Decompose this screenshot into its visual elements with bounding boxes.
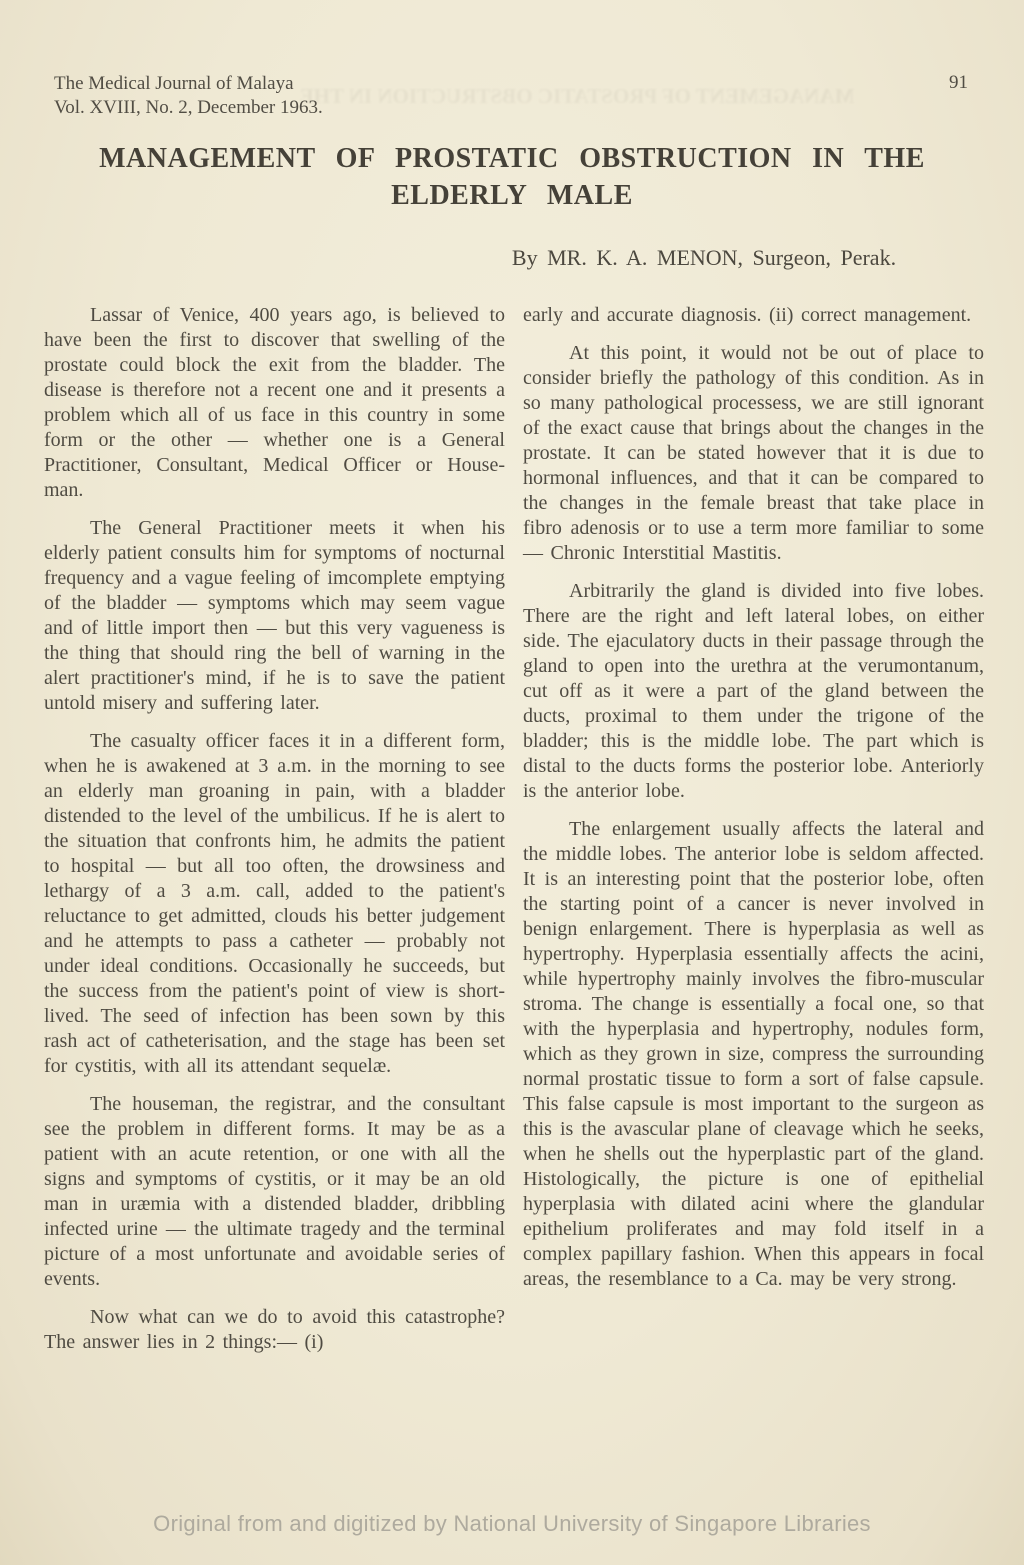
paragraph: Lassar of Venice, 400 years ago, is beli… <box>44 303 505 503</box>
article-title-line1: MANAGEMENT OF PROSTATIC OBSTRUCTION IN T… <box>99 143 925 174</box>
paragraph: Now what can we do to avoid this catastr… <box>44 1305 505 1355</box>
scanned-journal-page: MANAGEMENT OF PROSTATIC OBSTRUCTION IN T… <box>0 0 1024 1565</box>
article-title-line2: ELDERLY MALE <box>391 180 633 211</box>
article-title: MANAGEMENT OF PROSTATIC OBSTRUCTION IN T… <box>0 140 1024 216</box>
paragraph: The casualty officer faces it in a diffe… <box>44 729 505 1079</box>
journal-info: The Medical Journal of Malaya Vol. XVIII… <box>54 72 323 120</box>
paragraph: At this point, it would not be out of pl… <box>523 341 984 566</box>
left-column: Lassar of Venice, 400 years ago, is beli… <box>44 303 505 1368</box>
footer-attribution: Original from and digitized by National … <box>0 1511 1024 1537</box>
journal-name: The Medical Journal of Malaya <box>54 72 323 96</box>
paragraph: early and accurate diagnosis. (ii) corre… <box>523 303 984 328</box>
paragraph: The General Practitioner meets it when h… <box>44 516 505 716</box>
journal-volume: Vol. XVIII, No. 2, December 1963. <box>54 96 323 120</box>
paragraph: The houseman, the registrar, and the con… <box>44 1092 505 1292</box>
article-byline: By MR. K. A. MENON, Surgeon, Perak. <box>192 245 1024 271</box>
journal-header: The Medical Journal of Malaya Vol. XVIII… <box>0 0 1024 120</box>
paragraph: Arbitrarily the gland is divided into fi… <box>523 579 984 804</box>
page-number: 91 <box>949 72 974 94</box>
article-columns: Lassar of Venice, 400 years ago, is beli… <box>0 303 1024 1368</box>
right-column: early and accurate diagnosis. (ii) corre… <box>523 303 984 1368</box>
paragraph: The enlargement usually affects the late… <box>523 817 984 1292</box>
